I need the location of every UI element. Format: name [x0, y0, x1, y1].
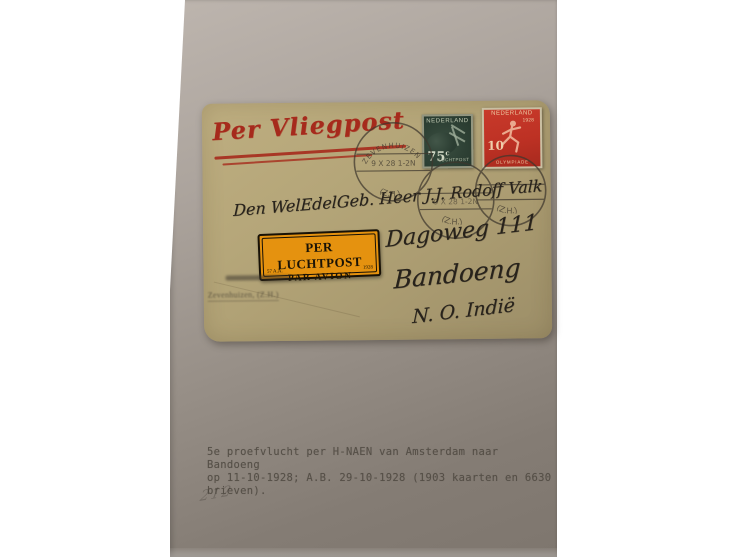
address-line-country: N. O. Indië	[412, 294, 515, 328]
stamp-red-10c: NEDERLAND 1928 10 OLYMPIADE	[482, 107, 543, 169]
envelope: Per Vliegpost NEDERLAND 75c LUCHTPOST NE…	[202, 100, 552, 342]
photograph-of-cover: Per Vliegpost NEDERLAND 75c LUCHTPOST NE…	[170, 0, 557, 557]
sender-town-imprint: Zevenhuizen, (Z.H.)	[208, 290, 279, 302]
sender-imprint-illegible	[226, 275, 290, 281]
stamp-red-design: NEDERLAND 1928 10 OLYMPIADE	[484, 109, 541, 167]
postmark-date: 9 X 28 1-2N	[371, 159, 416, 168]
airmail-label-year: 1928	[363, 265, 373, 270]
stamp-country-label: NEDERLAND	[484, 110, 540, 117]
address-line-city: Bandoeng	[393, 253, 521, 295]
caption-line: op 11-10-1928; A.B. 29-10-1928 (1903 kaa…	[207, 472, 552, 485]
stamp-green-75c: NEDERLAND 75c LUCHTPOST	[422, 114, 474, 169]
pencil-annotation: 212	[198, 483, 234, 506]
address-line-street: Dagoweg 111	[385, 210, 538, 253]
stamp-value: 10	[487, 139, 504, 153]
stamp-bottom-text: OLYMPIADE	[484, 159, 540, 165]
stamp-bottom-text: LUCHTPOST	[438, 157, 469, 162]
airmail-label-form-number: 57 A.A.	[267, 269, 283, 275]
caption-line: 5e proefvlucht per H-NAEN van Amsterdam …	[207, 446, 552, 472]
photo-bottom-edge	[170, 548, 557, 557]
typed-caption: 5e proefvlucht per H-NAEN van Amsterdam …	[207, 446, 552, 498]
airmail-label-frame: PER LUCHTPOST PAR AVION 57 A.A. 1928	[262, 233, 378, 277]
red-endorsement-text: Per Vliegpost	[211, 104, 422, 146]
airmail-label: PER LUCHTPOST PAR AVION 57 A.A. 1928	[257, 229, 381, 281]
stamp-country-label: NEDERLAND	[424, 118, 471, 124]
album-page: Per Vliegpost NEDERLAND 75c LUCHTPOST NE…	[0, 0, 740, 557]
caption-line: brieven).	[207, 485, 552, 498]
